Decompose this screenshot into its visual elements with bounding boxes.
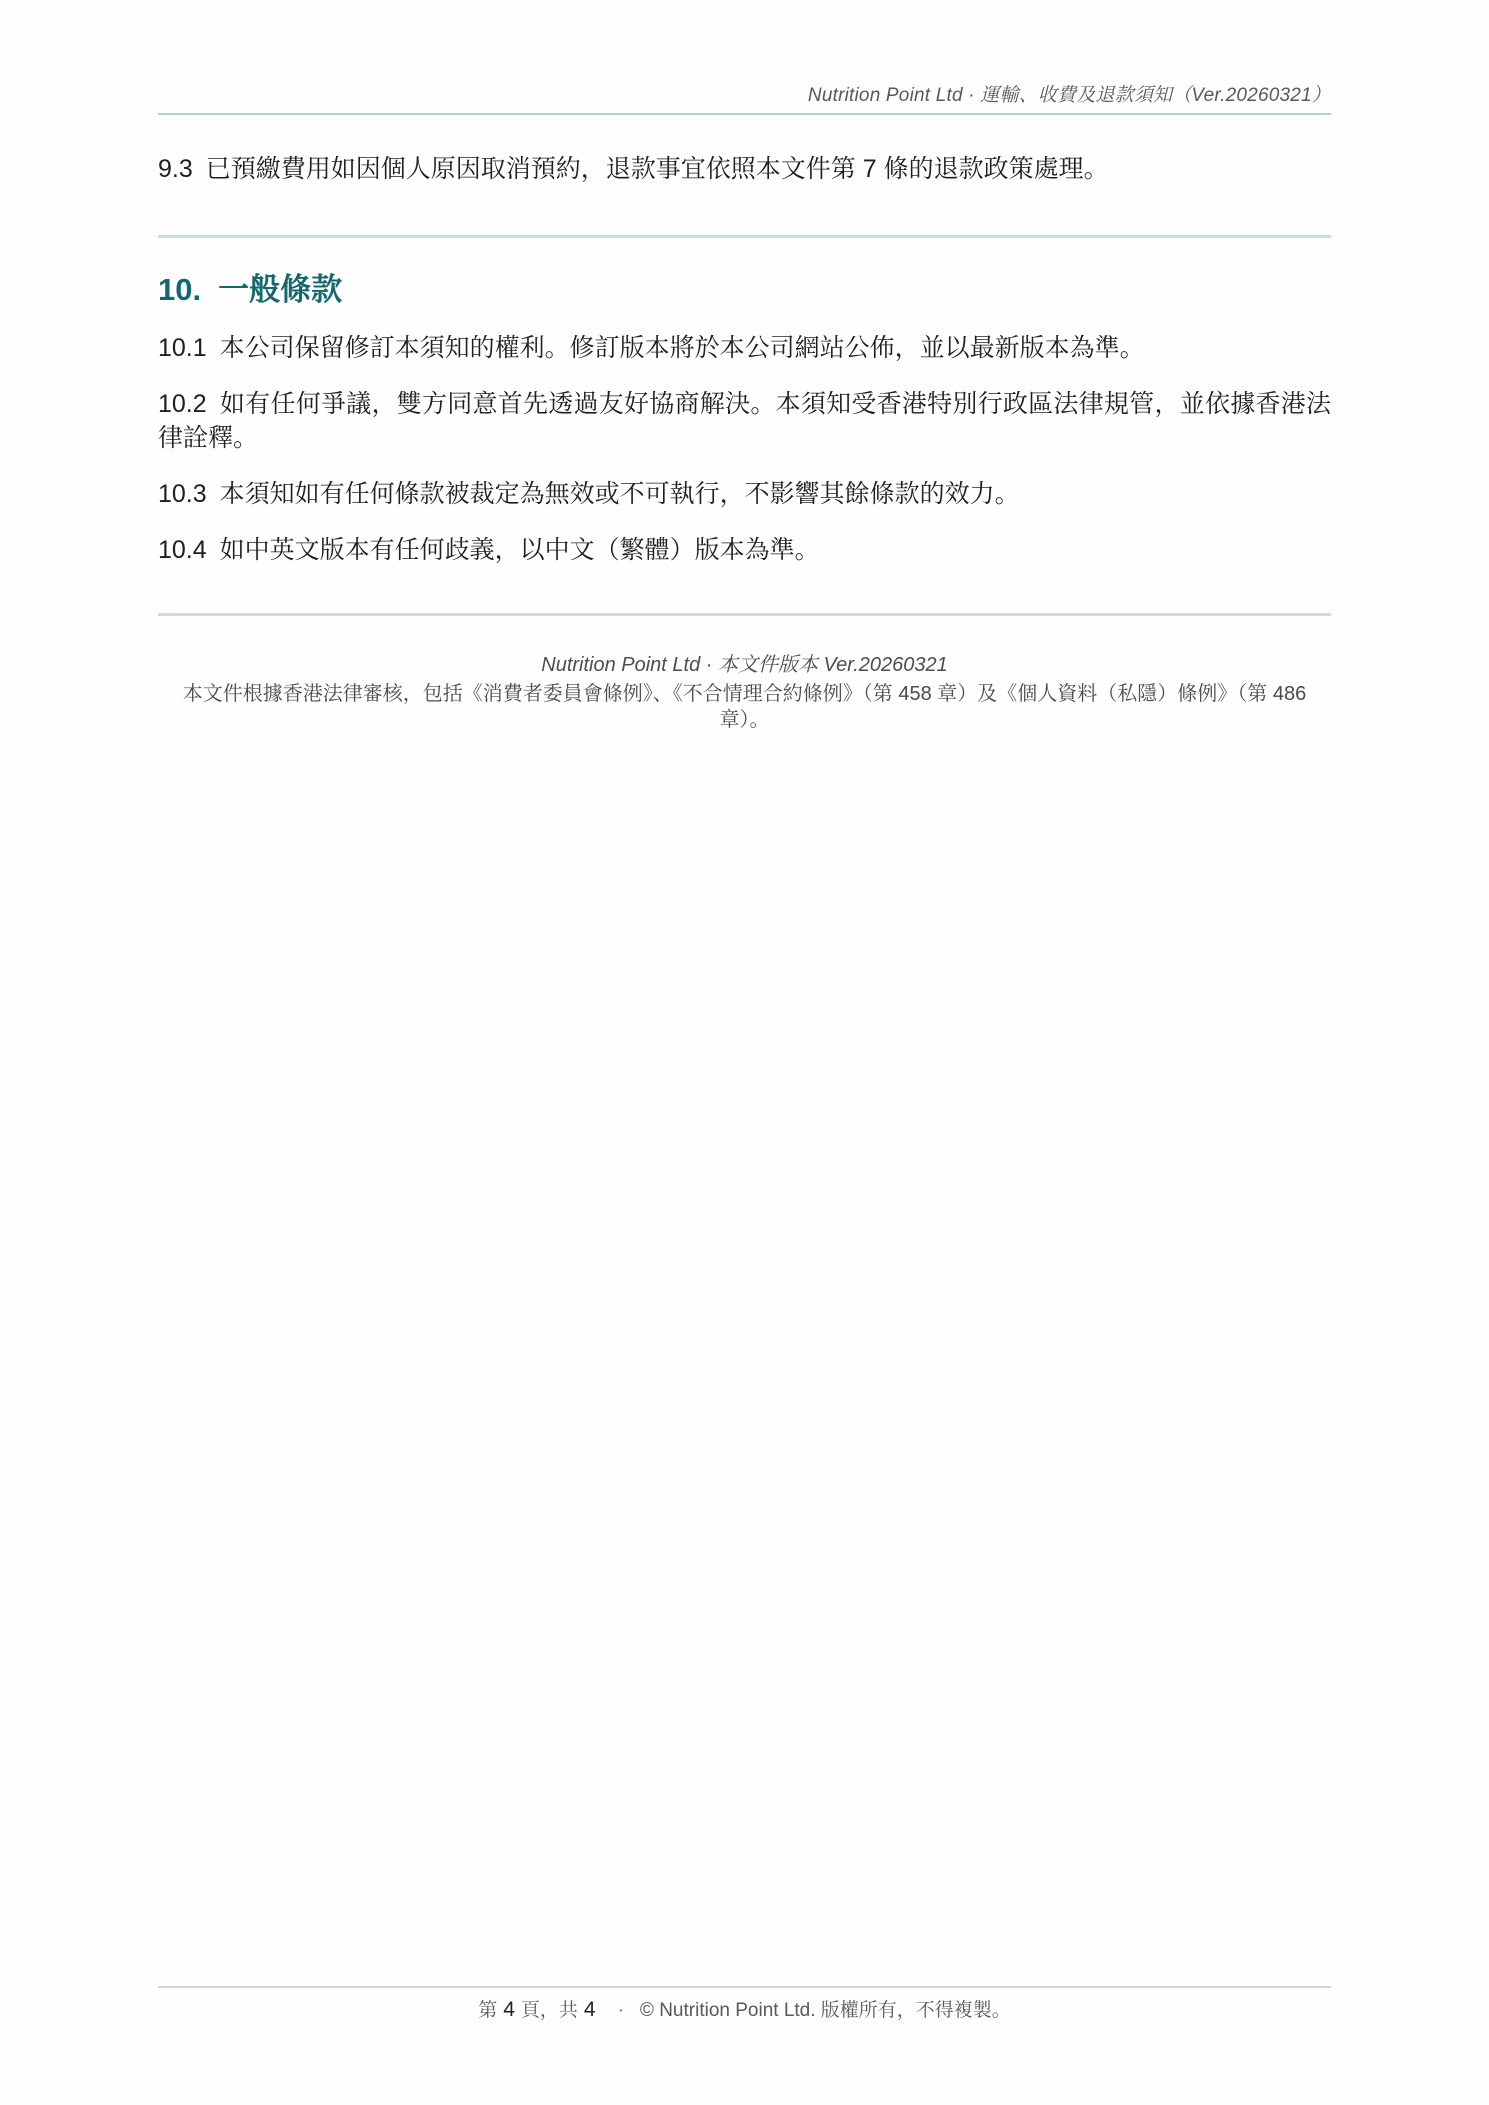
page-header: Nutrition Point Ltd · 運輸、收費及退款須知（Ver.202… [158, 0, 1331, 115]
copyright-notice: © Nutrition Point Ltd. 版權所有，不得複製。 [640, 2000, 1011, 2021]
clause-text: 如中英文版本有任何歧義，以中文（繁體）版本為準。 [220, 536, 820, 564]
footer-separator-dot: · [618, 2000, 624, 2021]
clause-number: 10.3 [158, 480, 207, 508]
clause-number: 10.4 [158, 536, 207, 564]
page-number-prefix: 第 [478, 2000, 497, 2021]
section-divider-bottom [158, 613, 1331, 616]
page-footer: 第4頁，共4·© Nutrition Point Ltd. 版權所有，不得複製。 [158, 1986, 1331, 2024]
document-page: Nutrition Point Ltd · 運輸、收費及退款須知（Ver.202… [0, 0, 1489, 2105]
section-heading: 10.一般條款 [158, 271, 1331, 309]
legal-review-note: 本文件根據香港法律審核，包括《消費者委員會條例》、《不合情理合約條例》（第 45… [158, 681, 1331, 733]
page-number-infix: 頁，共 [521, 2000, 578, 2021]
section-number: 10. [158, 272, 201, 307]
header-running-title: Nutrition Point Ltd · 運輸、收費及退款須知（Ver.202… [158, 84, 1331, 108]
clause-text: 本須知如有任何條款被裁定為無效或不可執行，不影響其餘條款的效力。 [220, 480, 1020, 508]
section-divider-top [158, 235, 1331, 238]
section-body: 10.1本公司保留修訂本須知的權利。修訂版本將於本公司網站公佈，並以最新版本為準… [158, 331, 1331, 567]
clause-number: 10.1 [158, 334, 207, 362]
clause-10-3: 10.3本須知如有任何條款被裁定為無效或不可執行，不影響其餘條款的效力。 [158, 477, 1331, 511]
clause-9-3: 9.3已預繳費用如因個人原因取消預約，退款事宜依照本文件第 7 條的退款政策處理… [158, 152, 1331, 186]
total-page-count: 4 [584, 1998, 596, 2021]
clause-number: 9.3 [158, 155, 193, 183]
clause-text: 本公司保留修訂本須知的權利。修訂版本將於本公司網站公佈，並以最新版本為準。 [220, 334, 1145, 362]
clause-10-2: 10.2如有任何爭議，雙方同意首先透過友好協商解決。本須知受香港特別行政區法律規… [158, 387, 1331, 455]
document-version-line: Nutrition Point Ltd · 本文件版本 Ver.20260321 [158, 652, 1331, 678]
clause-text: 已預繳費用如因個人原因取消預約，退款事宜依照本文件第 7 條的退款政策處理。 [206, 155, 1109, 183]
clause-number: 10.2 [158, 390, 207, 418]
clause-10-4: 10.4如中英文版本有任何歧義，以中文（繁體）版本為準。 [158, 533, 1331, 567]
clause-10-1: 10.1本公司保留修訂本須知的權利。修訂版本將於本公司網站公佈，並以最新版本為準… [158, 331, 1331, 365]
current-page-number: 4 [503, 1998, 515, 2021]
clause-text: 如有任何爭議，雙方同意首先透過友好協商解決。本須知受香港特別行政區法律規管，並依… [158, 390, 1331, 452]
document-meta: Nutrition Point Ltd · 本文件版本 Ver.20260321… [158, 652, 1331, 733]
section-title: 一般條款 [218, 272, 342, 307]
